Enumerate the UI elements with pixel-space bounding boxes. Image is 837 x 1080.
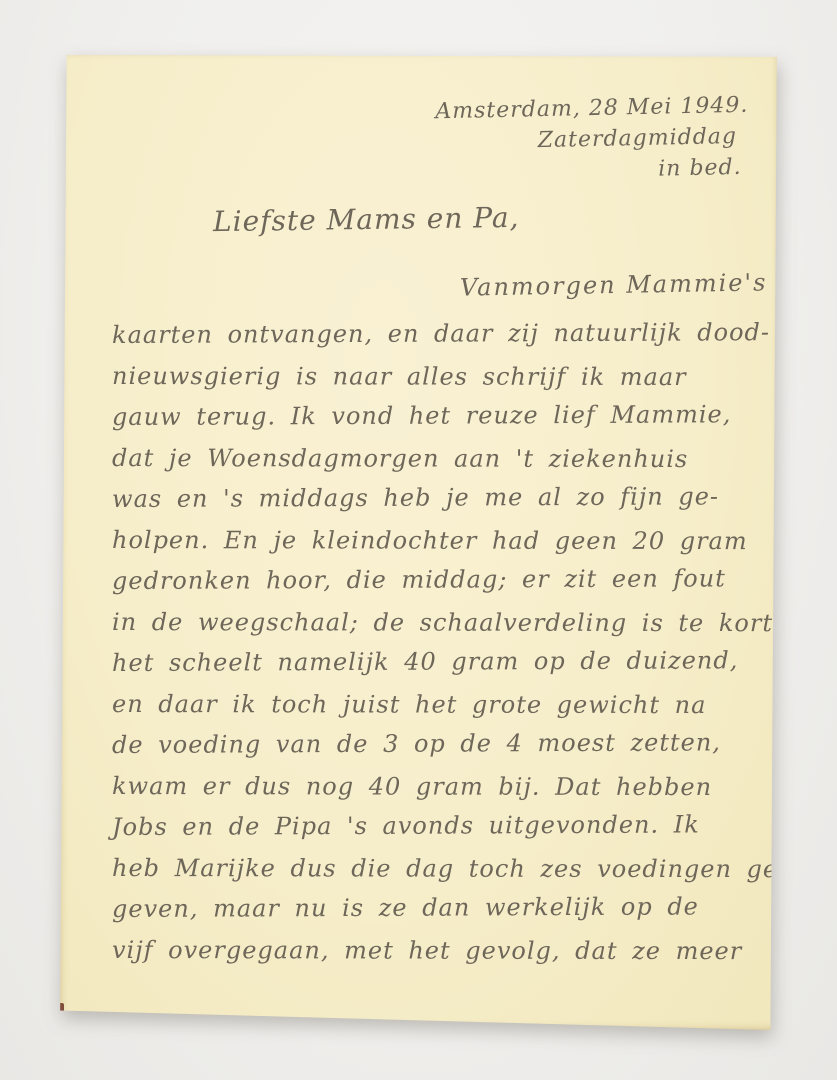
body-line: nieuwsgierig is naar alles schrijf ik ma… (112, 356, 763, 398)
opening-line: Vanmorgen Mammie's (459, 268, 767, 301)
body-line: dat je Woensdagmorgen aan 't ziekenhuis (112, 438, 763, 480)
body-line: holpen. En je kleindochter had geen 20 g… (112, 520, 763, 562)
body-line: kwam er dus nog 40 gram bij. Dat hebben (112, 766, 763, 808)
photo-background: Amsterdam, 28 Mei 1949. Zaterdagmiddag i… (0, 0, 837, 1080)
dateline-location: in bed. (436, 152, 750, 190)
body-line: in de weegschaal; de schaalverdeling is … (112, 602, 763, 644)
salutation: Liefste Mams en Pa, (213, 201, 520, 238)
letter-body: kaarten ontvangen, en daar zij natuurlij… (112, 315, 763, 971)
body-line: gauw terug. Ik vond het reuze lief Mammi… (112, 394, 763, 438)
dateline: Amsterdam, 28 Mei 1949. Zaterdagmiddag i… (435, 90, 750, 190)
body-line: gedronken hoor, die middag; er zit een f… (112, 558, 763, 602)
body-line: Jobs en de Pipa 's avonds uitgevonden. I… (112, 804, 763, 848)
body-line: kaarten ontvangen, en daar zij natuurlij… (112, 312, 763, 356)
body-line: geven, maar nu is ze dan werkelijk op de (112, 886, 763, 930)
body-line: de voeding van de 3 op de 4 moest zetten… (112, 722, 763, 766)
body-line: vijf overgegaan, met het gevolg, dat ze … (112, 930, 763, 972)
corner-speck (59, 1003, 64, 1014)
body-line: heb Marijke dus die dag toch zes voeding… (112, 848, 763, 890)
body-line: het scheelt namelijk 40 gram op de duize… (112, 640, 763, 684)
letter-page: Amsterdam, 28 Mei 1949. Zaterdagmiddag i… (58, 53, 779, 1032)
body-line: en daar ik toch juist het grote gewicht … (112, 684, 763, 726)
body-line: was en 's middags heb je me al zo fijn g… (112, 476, 763, 520)
